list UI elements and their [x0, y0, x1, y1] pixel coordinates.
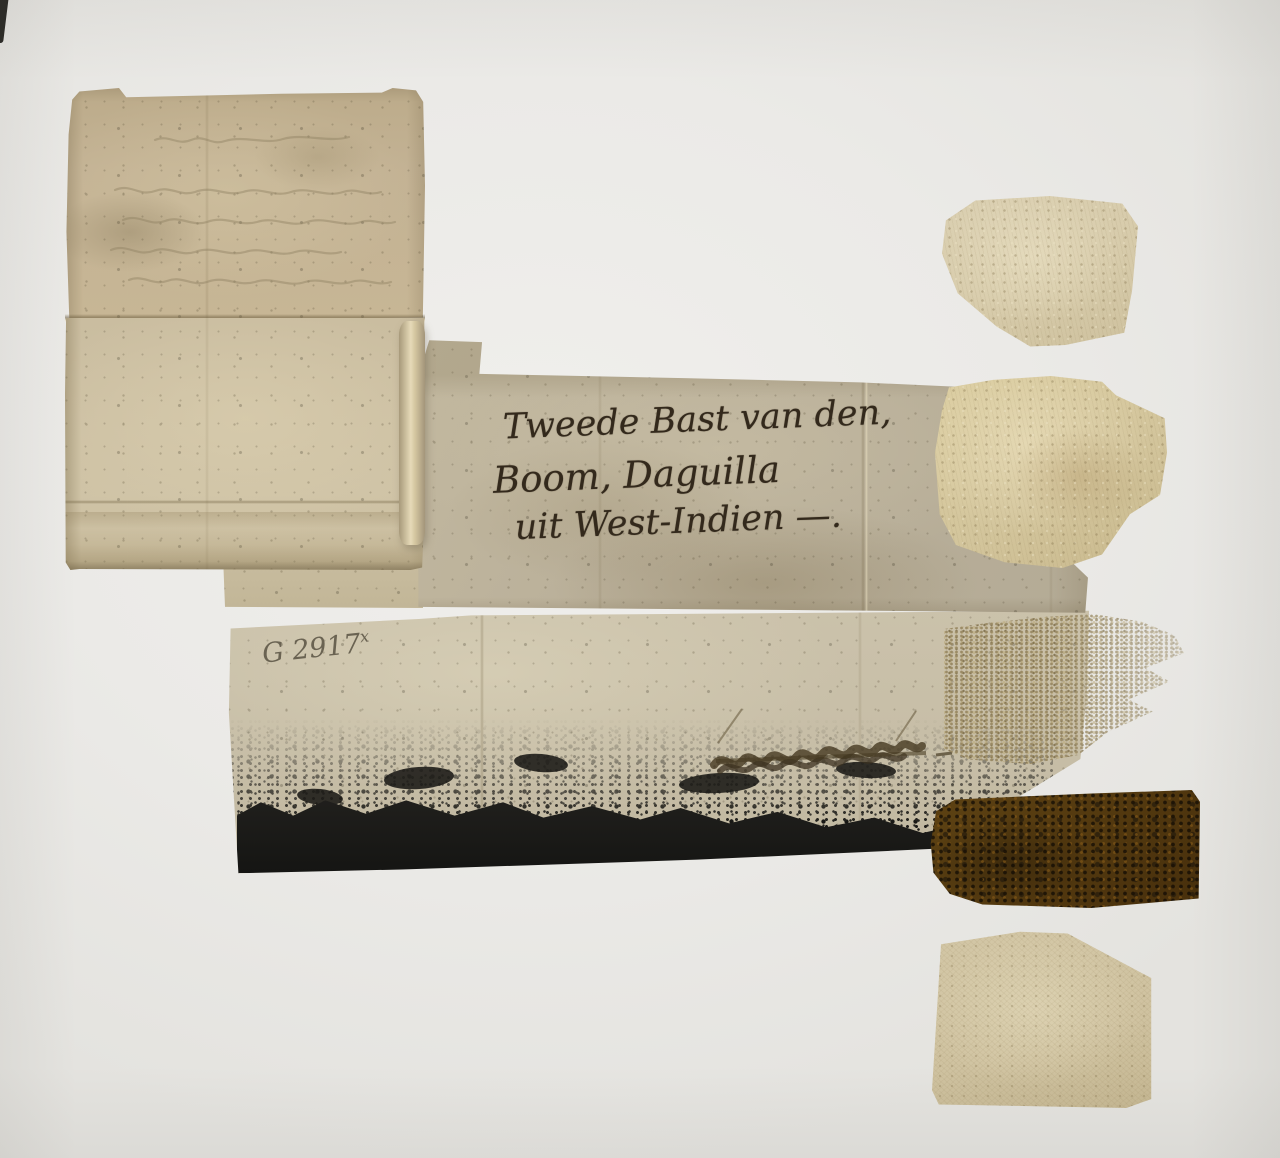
catalog-number-text: G 2917: [261, 628, 363, 669]
bark-texture: [942, 196, 1138, 348]
inscription-line-2: Boom, Daguilla: [492, 448, 781, 502]
catalog-number-superscript: x: [359, 626, 370, 646]
bark-texture: [928, 790, 1200, 908]
packet-bottom-flap: [65, 512, 425, 570]
dark-outer-bark-specimen: [928, 790, 1200, 908]
bark-specimen-upper-middle: [935, 376, 1167, 568]
catalog-number-inscription: G 2917x: [261, 626, 372, 669]
paper-crease: [65, 500, 425, 504]
folded-letter-packet-lower: [65, 318, 425, 570]
photo-canvas: G 2917x Tweede Bast van den, Boom, Dagui…: [0, 0, 1280, 1158]
inscription-line-1: Tweede Bast van den,: [502, 393, 892, 448]
faint-show-through-writing: [95, 128, 415, 318]
wrapper-folded-edge: [399, 321, 425, 545]
lace-bark-mesh-specimen: [944, 614, 1184, 764]
photo-edge-mark: [0, 0, 9, 43]
crossed-out-word-scribble: [700, 703, 970, 803]
bark-texture: [935, 376, 1167, 568]
bark-texture: [932, 930, 1158, 1108]
inscription-line-3: uit West-Indien —.: [514, 496, 842, 549]
bark-specimen-top-right: [942, 196, 1138, 348]
folded-letter-packet-upper: [65, 88, 425, 320]
bark-specimen-bottom-right: [932, 930, 1158, 1108]
